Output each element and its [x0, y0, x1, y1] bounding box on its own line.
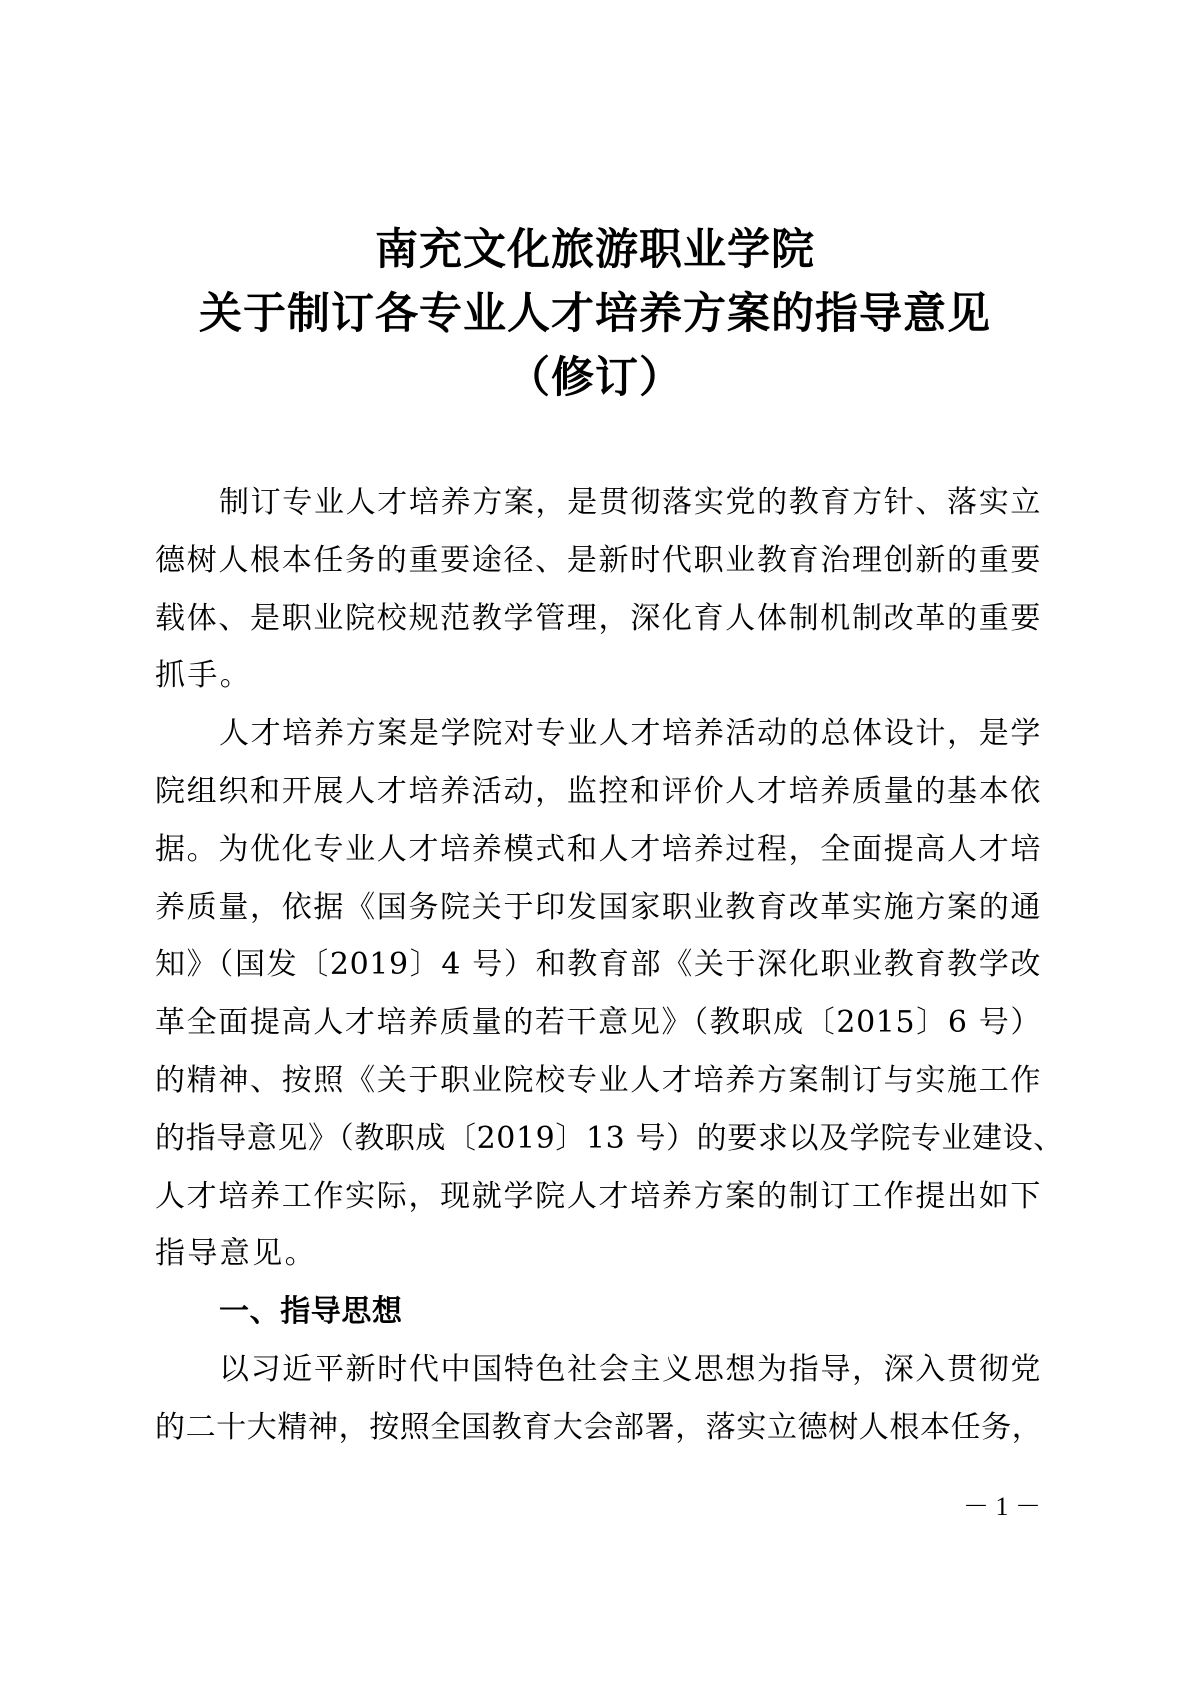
text-line: 的二十大精神，按照全国教育大会部署，落实立德树人根本任务，	[155, 1399, 1041, 1457]
paragraph-intro: 制订专业人才培养方案，是贯彻落实党的教育方针、落实立 德树人根本任务的重要途径、…	[155, 474, 1041, 705]
text-line: 制订专业人才培养方案，是贯彻落实党的教育方针、落实立	[155, 474, 1041, 532]
text-line: 革全面提高人才培养质量的若干意见》（教职成〔2015〕6 号）	[155, 994, 1041, 1052]
text-line: 以习近平新时代中国特色社会主义思想为指导，深入贯彻党	[155, 1341, 1041, 1399]
document-body: 制订专业人才培养方案，是贯彻落实党的教育方针、落实立 德树人根本任务的重要途径、…	[155, 474, 1041, 1457]
page-number: － 1 －	[962, 1486, 1042, 1523]
document-title: 南充文化旅游职业学院 关于制订各专业人才培养方案的指导意见 （修订）	[0, 218, 1190, 410]
text-line: 人才培养方案是学院对专业人才培养活动的总体设计，是学	[155, 705, 1041, 763]
paragraph-basis: 人才培养方案是学院对专业人才培养活动的总体设计，是学 院组织和开展人才培养活动，…	[155, 705, 1041, 1283]
text-line: 的精神、按照《关于职业院校专业人才培养方案制订与实施工作	[155, 1052, 1041, 1110]
text-line: 养质量，依据《国务院关于印发国家职业教育改革实施方案的通	[155, 879, 1041, 937]
text-line: 知》（国发〔2019〕4 号）和教育部《关于深化职业教育教学改	[155, 936, 1041, 994]
text-line: 的指导意见》（教职成〔2019〕13 号）的要求以及学院专业建设、	[155, 1110, 1041, 1168]
section-heading-guiding-ideology: 一、指导思想	[155, 1283, 1041, 1341]
text-line: 抓手。	[155, 647, 1041, 705]
title-line-institution: 南充文化旅游职业学院	[0, 218, 1190, 282]
paragraph-guiding-ideology: 以习近平新时代中国特色社会主义思想为指导，深入贯彻党 的二十大精神，按照全国教育…	[155, 1341, 1041, 1457]
text-line: 指导意见。	[155, 1225, 1041, 1283]
text-line: 据。为优化专业人才培养模式和人才培养过程，全面提高人才培	[155, 821, 1041, 879]
title-line-revision: （修订）	[0, 346, 1190, 410]
title-line-subject: 关于制订各专业人才培养方案的指导意见	[0, 282, 1190, 346]
document-page: 南充文化旅游职业学院 关于制订各专业人才培养方案的指导意见 （修订） 制订专业人…	[0, 0, 1190, 1683]
text-line: 载体、是职业院校规范教学管理，深化育人体制机制改革的重要	[155, 590, 1041, 648]
text-line: 德树人根本任务的重要途径、是新时代职业教育治理创新的重要	[155, 532, 1041, 590]
text-line: 人才培养工作实际，现就学院人才培养方案的制订工作提出如下	[155, 1168, 1041, 1226]
text-line: 院组织和开展人才培养活动，监控和评价人才培养质量的基本依	[155, 763, 1041, 821]
